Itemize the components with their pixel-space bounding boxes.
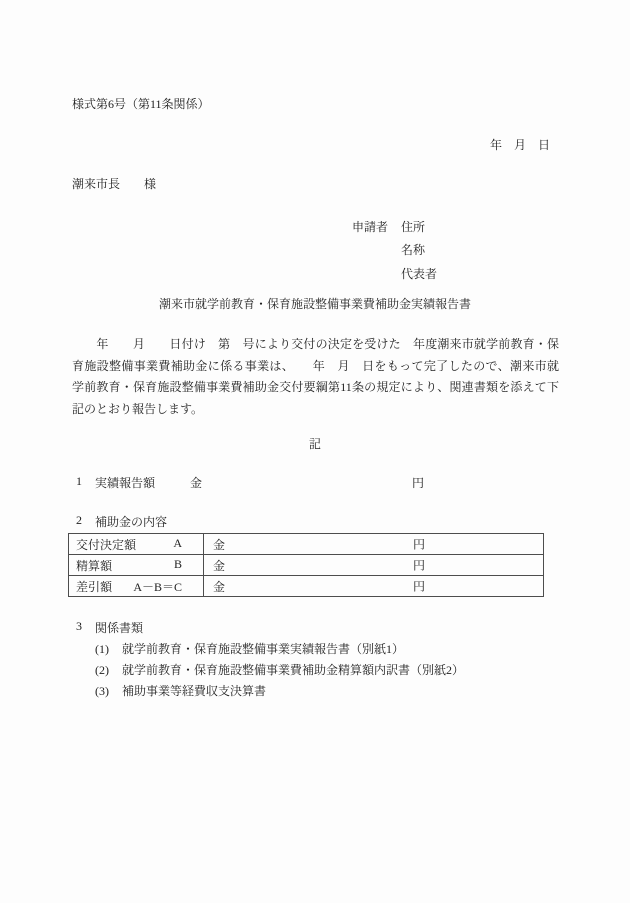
section3-label: 関係書類 (95, 619, 143, 636)
row-code: B (174, 557, 182, 574)
list-item-text: 補助事業等経費収支決算書 (122, 684, 266, 698)
list-item-text: 就学前教育・保育施設整備事業実績報告書（別紙1） (122, 642, 404, 656)
related-documents-list: (1)就学前教育・保育施設整備事業実績報告書（別紙1） (2)就学前教育・保育施… (95, 639, 464, 703)
amount-unit: 円 (413, 557, 425, 574)
applicant-line-name: 名称 (352, 239, 437, 262)
applicant-name-label: 名称 (401, 243, 425, 257)
table-cell-amount: 金 円 (204, 576, 544, 597)
list-item-index: (1) (95, 639, 122, 660)
body-paragraph-line: 学前教育・保育施設整備事業費補助金交付要綱第11条の規定により、関連書類を添えて… (72, 377, 559, 399)
section3-number: 3 (76, 619, 82, 634)
list-item-index: (3) (95, 681, 122, 702)
section1-report-amount: 1 実績報告額 金 円 (0, 474, 630, 490)
body-paragraph-line: 年 月 日付け 第 号により交付の決定を受けた 年度潮来市就学前教育・保 (72, 334, 559, 356)
body-paragraph: 年 月 日付け 第 号により交付の決定を受けた 年度潮来市就学前教育・保 育施設… (72, 334, 559, 421)
addressee-mayor: 潮来市長 様 (72, 175, 156, 192)
table-cell-label: 交付決定額 A (69, 534, 204, 555)
list-item: (2)就学前教育・保育施設整備事業費補助金精算額内訳書（別紙2） (95, 660, 464, 681)
row-label: 差引額 (76, 578, 112, 595)
amount-unit: 円 (413, 536, 425, 553)
amount-unit: 円 (413, 578, 425, 595)
section1-amount-unit: 円 (412, 474, 424, 491)
row-code: A－B＝C (133, 578, 182, 595)
applicant-line-address: 申請者住所 (352, 216, 437, 239)
row-label: 精算額 (76, 557, 112, 574)
list-item-index: (2) (95, 660, 122, 681)
applicant-label: 申請者 (352, 220, 388, 234)
table-cell-label: 差引額 A－B＝C (69, 576, 204, 597)
document-title: 潮来市就学前教育・保育施設整備事業費補助金実績報告書 (0, 295, 630, 312)
row-label: 交付決定額 (76, 536, 136, 553)
section2-label: 補助金の内容 (95, 513, 167, 530)
date-line: 年 月 日 (490, 136, 550, 153)
list-item: (1)就学前教育・保育施設整備事業実績報告書（別紙1） (95, 639, 464, 660)
section3-related-documents: 3 関係書類 (0, 619, 630, 635)
amount-prefix: 金 (204, 538, 225, 552)
table-cell-amount: 金 円 (204, 534, 544, 555)
form-page: 様式第6号（第11条関係） 年 月 日 潮来市長 様 申請者住所 名称 代表者 … (0, 0, 630, 903)
row-code: A (173, 536, 182, 553)
list-item: (3)補助事業等経費収支決算書 (95, 681, 464, 702)
applicant-line-representative: 代表者 (352, 263, 437, 286)
amount-prefix: 金 (204, 559, 225, 573)
form-number: 様式第6号（第11条関係） (72, 95, 210, 112)
section2-subsidy-content: 2 補助金の内容 (0, 513, 630, 529)
applicant-block: 申請者住所 名称 代表者 (352, 216, 437, 286)
section1-number: 1 (76, 474, 82, 489)
section1-amount-prefix: 金 (190, 474, 202, 491)
table-row-balance: 差引額 A－B＝C 金 円 (69, 576, 544, 597)
body-paragraph-line: 記のとおり報告します。 (72, 399, 559, 421)
table-cell-label: 精算額 B (69, 555, 204, 576)
applicant-representative-label: 代表者 (401, 267, 437, 281)
table-cell-amount: 金 円 (204, 555, 544, 576)
amount-prefix: 金 (204, 580, 225, 594)
ki-marker: 記 (0, 435, 630, 452)
section1-label: 実績報告額 (95, 474, 155, 491)
list-item-text: 就学前教育・保育施設整備事業費補助金精算額内訳書（別紙2） (122, 663, 464, 677)
subsidy-table: 交付決定額 A 金 円 精算額 B 金 円 (68, 533, 544, 597)
table-row-settlement: 精算額 B 金 円 (69, 555, 544, 576)
applicant-address-label: 住所 (401, 220, 425, 234)
section2-number: 2 (76, 513, 82, 528)
table-row-grant-decision: 交付決定額 A 金 円 (69, 534, 544, 555)
body-paragraph-line: 育施設整備事業費補助金に係る事業は、 年 月 日をもって完了したので、潮来市就 (72, 356, 559, 378)
